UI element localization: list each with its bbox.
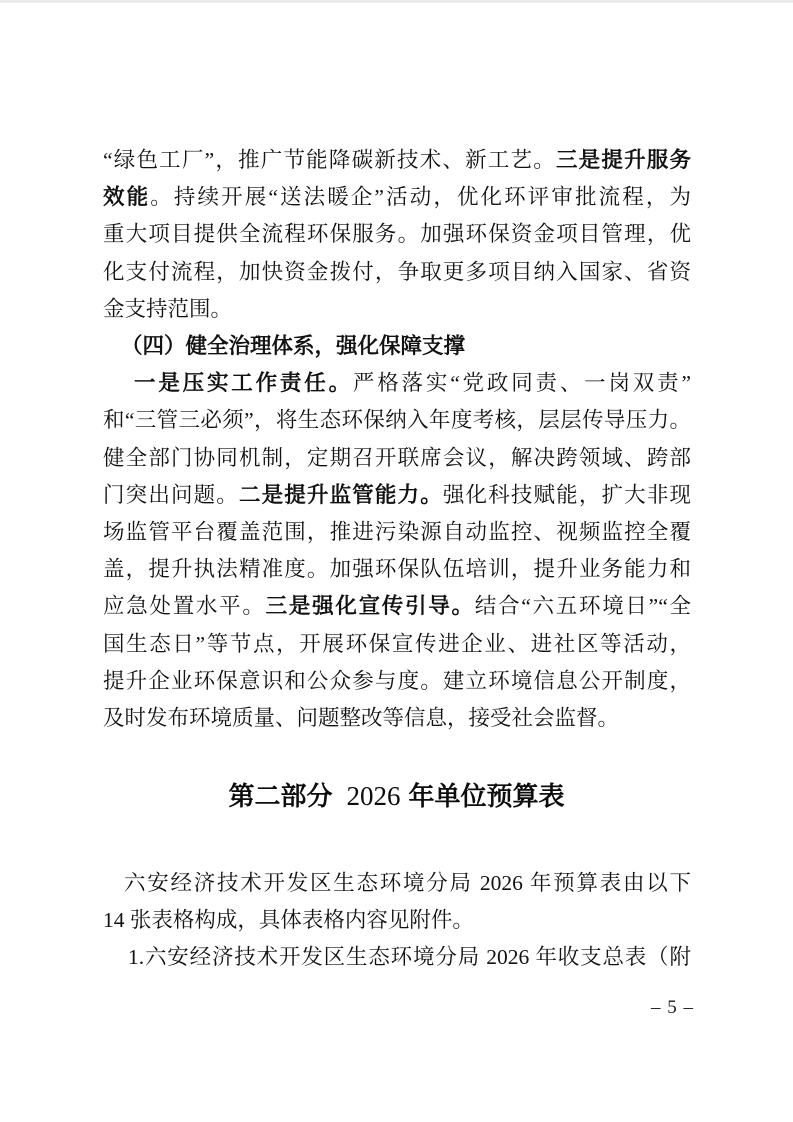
text-line: 盖，提升执法精准度。加强环保队伍培训，提升业务能力和 [103,551,691,588]
text-segment: 严格落实“党政同责、一岗双责” [353,371,691,395]
scan-edge-artifact [0,0,793,3]
text-line: 场监管平台覆盖范围，推进污染源自动监控、视频监控全覆 [103,514,691,551]
text-line: 及时发布环境质量、问题整改等信息，接受社会监督。 [103,700,691,737]
text-line: 六安经济技术开发区生态环境分局 2026 年预算表由以下 [103,865,691,902]
text-line: 化支付流程，加快资金拨付，争取更多项目纳入国家、省资 [103,254,691,291]
text-segment: 应急处置水平。 [103,594,266,618]
text-line: 一是压实工作责任。严格落实“党政同责、一岗双责” [103,365,691,402]
text-line: 国生态日”等节点，开展环保宣传进企业、进社区等活动， [103,626,691,663]
text-segment: 和“三管三必须”，将生态环保纳入年度考核，层层传导压力。 [103,408,691,432]
bold-text-segment: 三是提升服务 [556,148,691,172]
text-segment: 国生态日”等节点，开展环保宣传进企业、进社区等活动， [103,632,691,656]
text-segment: 结合“六五环境日”“全 [475,594,691,618]
text-segment: 14 张表格构成，具体表格内容见附件。 [103,908,474,932]
page-number: – 5 – [651,997,694,1019]
text-segment: 健全部门协同机制，定期召开联席会议，解决跨领域、跨部 [103,446,691,470]
text-line: 效能。持续开展“送法暖企”活动，优化环评审批流程，为 [103,179,691,216]
text-segment: 场监管平台覆盖范围，推进污染源自动监控、视频监控全覆 [103,520,691,544]
text-line: 健全部门协同机制，定期召开联席会议，解决跨领域、跨部 [103,440,691,477]
body-text-block-top: “绿色工厂”，推广节能降碳新技术、新工艺。三是提升服务效能。持续开展“送法暖企”… [103,142,691,737]
text-segment: 提升企业环保意识和公众参与度。建立环境信息公开制度， [103,669,691,693]
text-segment: 及时发布环境质量、问题整改等信息，接受社会监督。 [103,706,619,730]
text-line: （四）健全治理体系，强化保障支撑 [103,328,691,365]
section-heading: 第二部分2026年单位预算表 [0,779,793,813]
section-heading-label: 第二部分 [228,781,332,811]
text-line: “绿色工厂”，推广节能降碳新技术、新工艺。三是提升服务 [103,142,691,179]
text-line: 14 张表格构成，具体表格内容见附件。 [103,902,691,939]
text-line: 和“三管三必须”，将生态环保纳入年度考核，层层传导压力。 [103,402,691,439]
text-line: 应急处置水平。三是强化宣传引导。结合“六五环境日”“全 [103,588,691,625]
bold-text-segment: 三是强化宣传引导。 [266,594,475,618]
bold-text-segment: 二是提升监管能力。 [239,483,443,507]
text-segment: “绿色工厂”，推广节能降碳新技术、新工艺。 [103,148,556,172]
text-segment: 金支持范围。 [103,297,232,321]
text-segment: 。持续开展“送法暖企”活动，优化环评审批流程，为 [150,185,691,209]
text-segment: 盖，提升执法精准度。加强环保队伍培训，提升业务能力和 [103,557,691,581]
text-line: 重大项目提供全流程环保服务。加强环保资金项目管理，优 [103,216,691,253]
bold-text-segment: 一是压实工作责任。 [134,371,353,395]
document-page: “绿色工厂”，推广节能降碳新技术、新工艺。三是提升服务效能。持续开展“送法暖企”… [0,0,793,1122]
text-segment: 化支付流程，加快资金拨付，争取更多项目纳入国家、省资 [103,260,691,284]
text-segment: 1.六安经济技术开发区生态环境分局 2026 年收支总表（附 [128,945,691,969]
section-heading-year: 2026 [347,781,401,811]
bold-text-segment: 效能 [103,185,150,209]
text-line: 提升企业环保意识和公众参与度。建立环境信息公开制度， [103,663,691,700]
bold-text-segment: （四）健全治理体系，强化保障支撑 [121,334,465,358]
body-text-block-bottom: 六安经济技术开发区生态环境分局 2026 年预算表由以下14 张表格构成，具体表… [103,865,691,977]
text-segment: 六安经济技术开发区生态环境分局 2026 年预算表由以下 [124,871,691,895]
text-line: 1.六安经济技术开发区生态环境分局 2026 年收支总表（附 [103,939,691,976]
section-heading-title: 年单位预算表 [409,781,565,811]
text-line: 门突出问题。二是提升监管能力。强化科技赋能，扩大非现 [103,477,691,514]
text-segment: 强化科技赋能，扩大非现 [443,483,691,507]
text-line: 金支持范围。 [103,291,691,328]
text-segment: 重大项目提供全流程环保服务。加强环保资金项目管理，优 [103,222,691,246]
text-segment: 门突出问题。 [103,483,239,507]
